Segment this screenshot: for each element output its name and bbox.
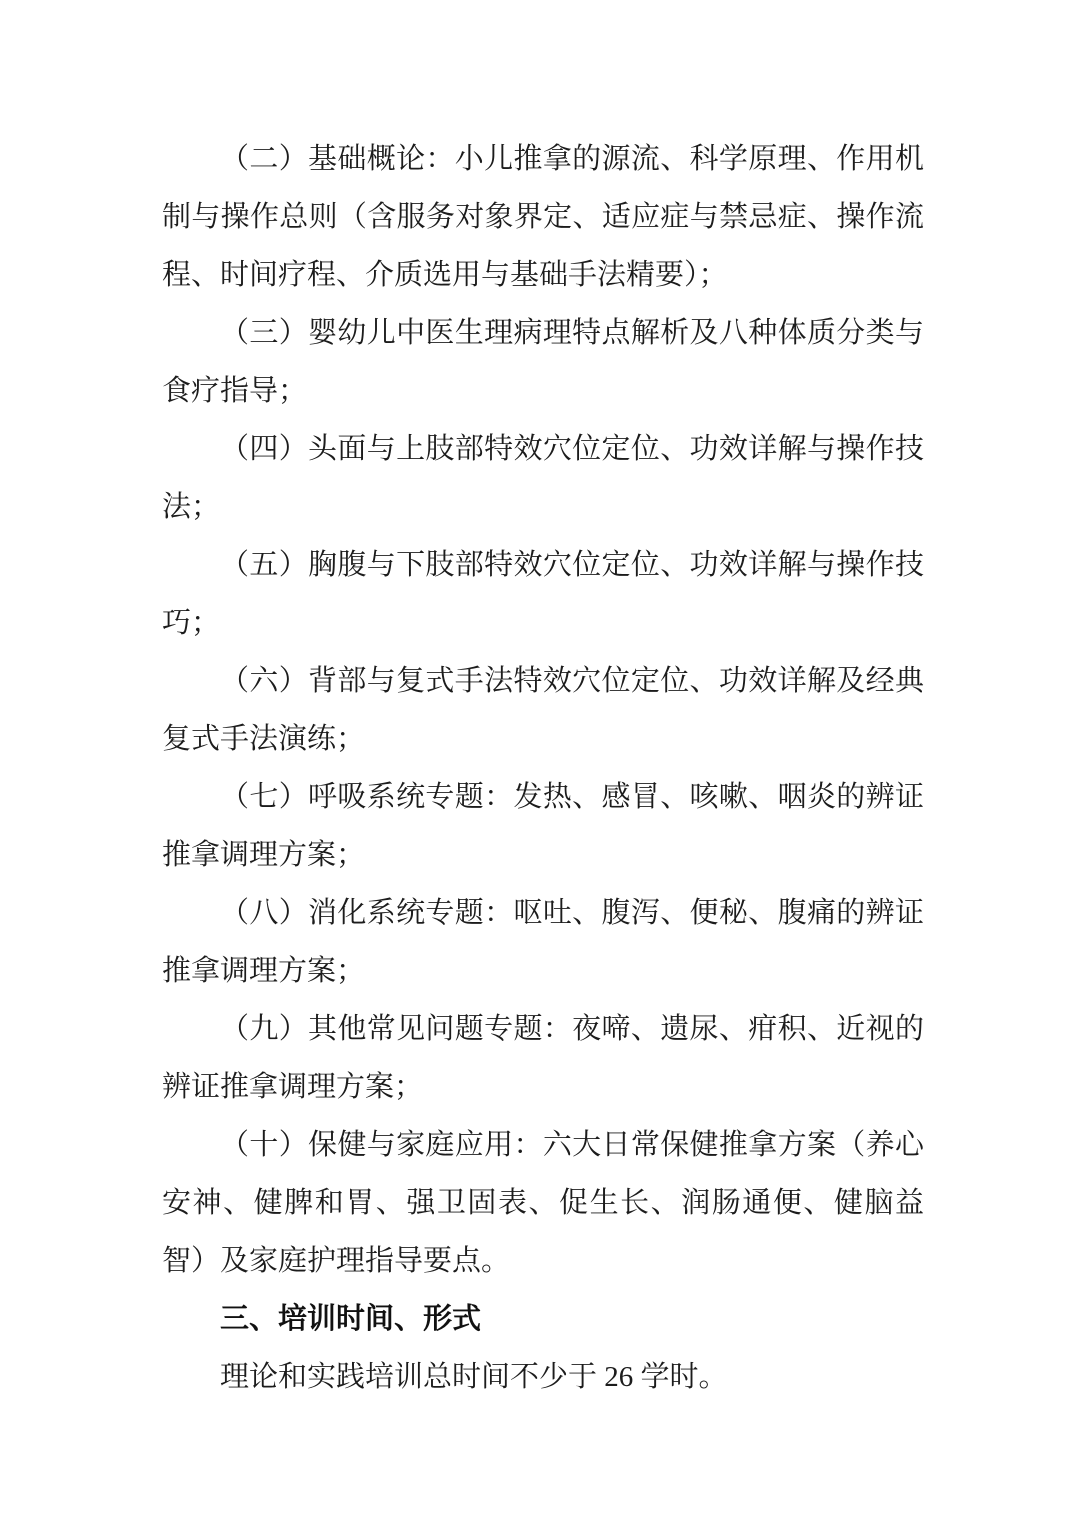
paragraph-training-duration: 理论和实践培训总时间不少于 26 学时。 — [162, 1348, 924, 1406]
section-heading-training-time: 三、培训时间、形式 — [162, 1290, 924, 1348]
paragraph-item-7: （七）呼吸系统专题：发热、感冒、咳嗽、咽炎的辨证推拿调理方案； — [162, 768, 924, 884]
paragraph-item-9: （九）其他常见问题专题：夜啼、遗尿、疳积、近视的辨证推拿调理方案； — [162, 1000, 924, 1116]
paragraph-item-4: （四）头面与上肢部特效穴位定位、功效详解与操作技法； — [162, 420, 924, 536]
paragraph-item-10: （十）保健与家庭应用：六大日常保健推拿方案（养心安神、健脾和胃、强卫固表、促生长… — [162, 1116, 924, 1290]
paragraph-item-2: （二）基础概论：小儿推拿的源流、科学原理、作用机制与操作总则（含服务对象界定、适… — [162, 130, 924, 304]
paragraph-item-6: （六）背部与复式手法特效穴位定位、功效详解及经典复式手法演练； — [162, 652, 924, 768]
document-text-block: （二）基础概论：小儿推拿的源流、科学原理、作用机制与操作总则（含服务对象界定、适… — [162, 130, 924, 1406]
document-page: { "page": { "background": "#ffffff", "te… — [0, 0, 1080, 1527]
paragraph-item-5: （五）胸腹与下肢部特效穴位定位、功效详解与操作技巧； — [162, 536, 924, 652]
paragraph-item-8: （八）消化系统专题：呕吐、腹泻、便秘、腹痛的辨证推拿调理方案； — [162, 884, 924, 1000]
paragraph-item-3: （三）婴幼儿中医生理病理特点解析及八种体质分类与食疗指导； — [162, 304, 924, 420]
